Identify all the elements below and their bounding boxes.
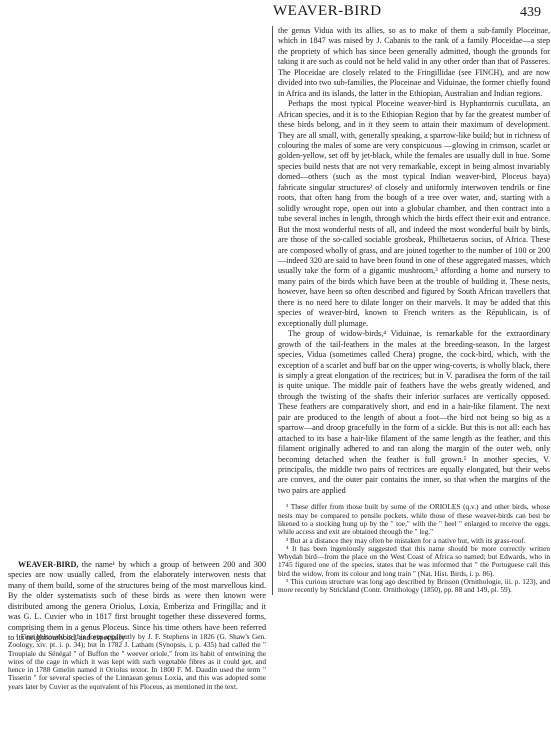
right-column-footnotes: ² These differ from those built by some …	[278, 503, 550, 594]
article-headword: WEAVER-BIRD,	[18, 560, 78, 569]
right-column-body: the genus Vidua with its allies, so as t…	[278, 26, 550, 496]
footnote-4: ⁴ It has been ingeniously suggested that…	[278, 545, 550, 578]
left-column-footnotes: ¹ First bestowed in this form apparently…	[8, 633, 266, 691]
footnote-5: ⁵ This curious structure was long ago de…	[278, 578, 550, 595]
running-header-title: WEAVER-BIRD	[273, 2, 382, 20]
paragraph-typical-weaver: Perhaps the most typical Ploceine weaver…	[278, 99, 550, 329]
paragraph-widow-birds: The group of widow-birds,⁴ Viduinae, is …	[278, 329, 550, 496]
footnote-2: ² These differ from those built by some …	[278, 503, 550, 536]
article-opening-text: the name¹ by which a group of between 20…	[8, 560, 266, 642]
footnote-1: ¹ First bestowed in this form apparently…	[8, 633, 266, 691]
page-number: 439	[520, 4, 541, 22]
right-column: the genus Vidua with its allies, so as t…	[272, 26, 550, 595]
paragraph-ploceidae: the genus Vidua with its allies, so as t…	[278, 26, 550, 99]
